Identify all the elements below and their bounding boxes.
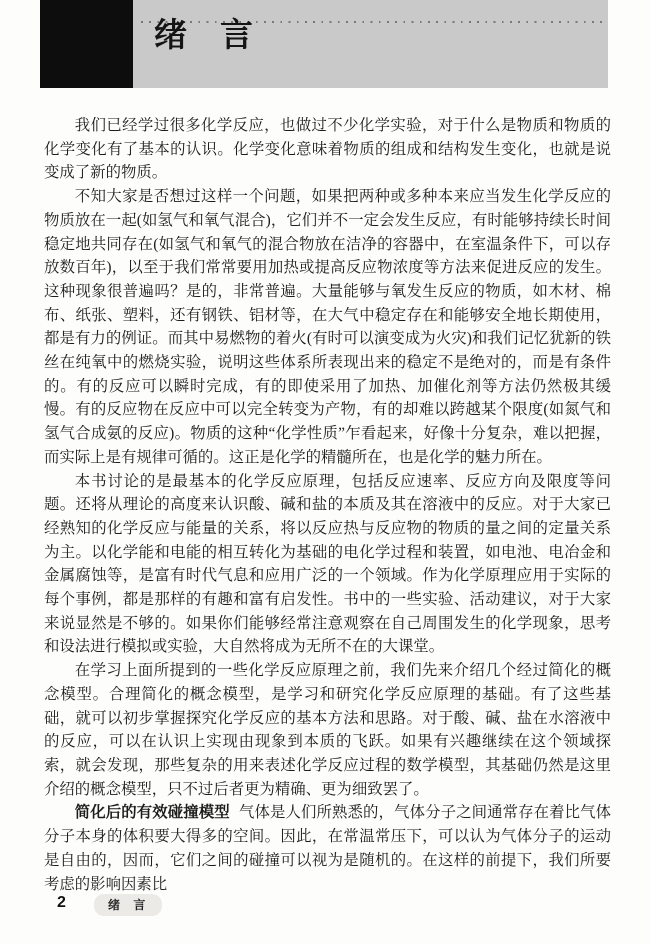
- paragraph-4: 在学习上面所提到的一些化学反应原理之前，我们先来介绍几个经过简化的概念模型。合理…: [44, 659, 611, 801]
- book-page: 绪 言 我们已经学过很多化学反应，也做过不少化学实验，对于什么是物质和物质的化学…: [0, 0, 650, 944]
- body-text: 我们已经学过很多化学反应，也做过不少化学实验，对于什么是物质和物质的化学变化有了…: [44, 114, 611, 896]
- paragraph-5-bold-lead: 简化后的有效碰撞模型: [75, 804, 230, 821]
- paragraph-5: 简化后的有效碰撞模型气体是人们所熟悉的，气体分子之间通常存在着比气体分子本身的体…: [44, 801, 611, 896]
- header-banner: 绪 言: [133, 0, 608, 88]
- page-title: 绪 言: [154, 9, 253, 56]
- footer-page-number: 2: [57, 894, 66, 912]
- paragraph-2: 不知大家是否想过这样一个问题，如果把两种或多种本来应当发生化学反应的物质放在一起…: [44, 185, 611, 469]
- footer-section-label: 绪 言: [94, 894, 162, 916]
- paragraph-3: 本书讨论的是最基本的化学反应原理，包括反应速率、反应方向及限度等问题。还将从理论…: [44, 470, 611, 660]
- header-black-block: [40, 0, 133, 88]
- paragraph-1: 我们已经学过很多化学反应，也做过不少化学实验，对于什么是物质和物质的化学变化有了…: [44, 114, 611, 185]
